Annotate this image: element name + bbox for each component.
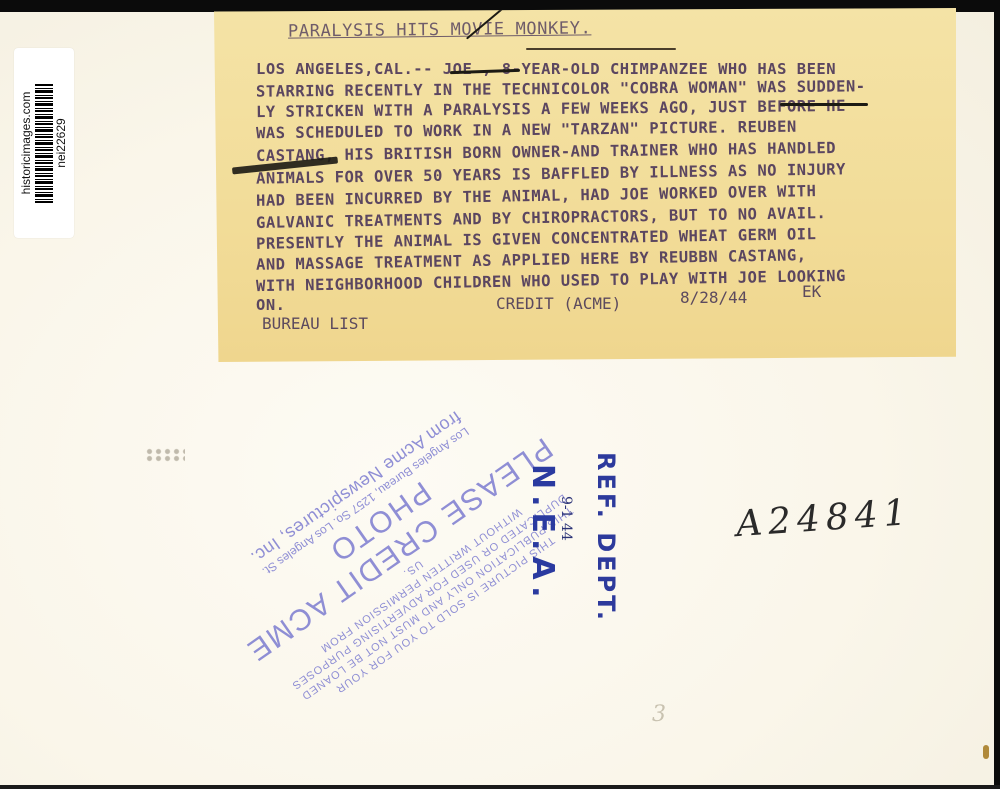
- handwritten-number: A24841: [735, 492, 914, 545]
- caption-line: ON.: [256, 296, 286, 314]
- pencil-underline-chimpanzee: [526, 48, 676, 50]
- credit-line: CREDIT (ACME): [496, 294, 621, 313]
- pencil-underline-reuben: [780, 103, 868, 106]
- corner-stain: [983, 745, 989, 759]
- ref-dept-label: REF. DEPT.: [592, 452, 620, 623]
- scan-frame-bottom: [0, 785, 1000, 789]
- caption-card: PARALYSIS HITS MOVIE MONKEY. LOS ANGELES…: [214, 8, 956, 362]
- barcode-item-id: nei22629: [55, 118, 68, 167]
- caption-line: WAS SCHEDULED TO WORK IN A NEW "TARZAN" …: [256, 118, 797, 143]
- ink-smudge: [145, 448, 185, 462]
- barcode-icon: [35, 83, 53, 203]
- ref-dept-stamp: REF. DEPT. 9-1 44 N.E.A.: [560, 452, 630, 662]
- ref-dept-date: 9-1 44: [558, 496, 574, 541]
- barcode-site: historicimages.com: [20, 92, 33, 195]
- ref-dept-org: N.E.A.: [525, 464, 560, 604]
- scan-frame-right: [994, 0, 1000, 789]
- caption-headline: PARALYSIS HITS MOVIE MONKEY.: [288, 18, 592, 41]
- caption-date: 8/28/44: [680, 288, 747, 307]
- barcode-label: historicimages.com nei22629: [14, 48, 74, 238]
- caption-line: LOS ANGELES,CAL.-- JOE , 8-YEAR-OLD CHIM…: [256, 60, 836, 78]
- bureau-list: BUREAU LIST: [262, 314, 368, 333]
- pencil-note: 3: [652, 702, 666, 727]
- caption-initials: EK: [802, 282, 821, 301]
